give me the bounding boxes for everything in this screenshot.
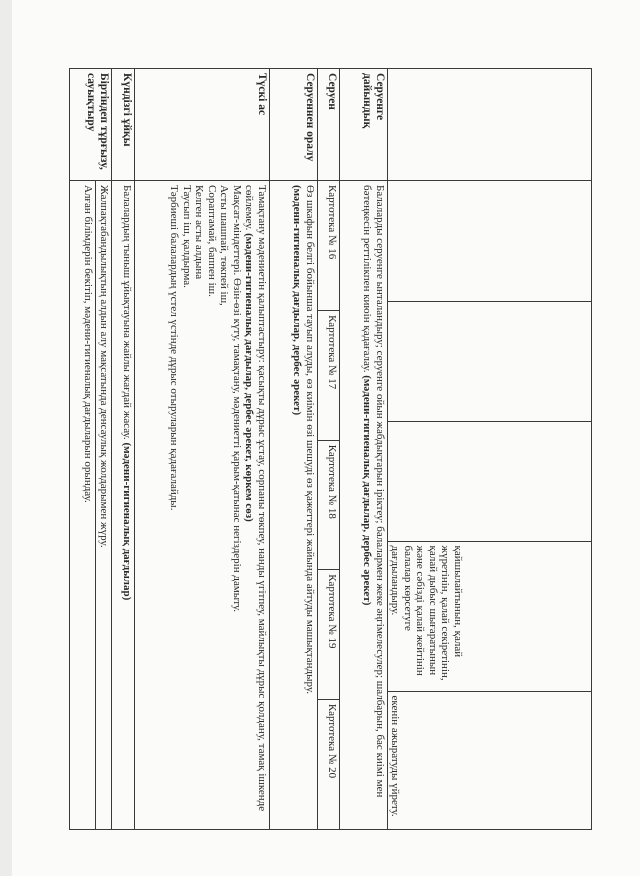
top-cell-4: қайшылайтынын, қалай жүретінін, қалай се…: [388, 541, 591, 691]
lunch-skills: (мәдени-гигиеналық дағдылар, дербес әрек…: [244, 233, 256, 522]
table-row-top: қайшылайтынын, қалай жүретінін, қалай се…: [388, 69, 592, 830]
walk-card: Картотека № 16: [318, 181, 339, 311]
top-cell-3: [388, 421, 591, 541]
walk-card: Картотека № 19: [318, 570, 339, 700]
row-content: Балалардың тыныш ұйықтауына жайлы жағдай…: [112, 181, 135, 830]
walk-card: Картотека № 20: [318, 699, 339, 829]
walk-card: Картотека № 18: [318, 440, 339, 570]
top-row-label-cell: [388, 69, 592, 181]
row-content: Балаларды серуенге ынталандыру; серуенге…: [340, 181, 388, 830]
nap-text: Балалардың тыныш ұйықтауына жайлы жағдай…: [121, 185, 133, 440]
poem-line: Асты шашпай, төкпей іш,: [218, 185, 231, 825]
row-label: Серуеннен оралу: [270, 69, 318, 181]
top-cell-1: [388, 181, 591, 301]
lunch-goals: Мақсат-міндеттері. Өзін-өзі күту, тамақт…: [231, 185, 244, 825]
wakeup-line-1: Жалпақтабандылықтың алдын алу мақсатында…: [96, 181, 112, 829]
prep-walk-skills: (мәдени-гигиеналық дағдылар, дербес әрек…: [362, 375, 374, 605]
table-row-lunch: Түскі ас Тамақтану мәдениетін қалыптасты…: [135, 69, 270, 830]
row-label: Түскі ас: [135, 69, 270, 181]
return-walk-skills: (мәдени-гигиеналық дағдылар, дербес әрек…: [292, 185, 304, 415]
walk-cards: Картотека № 16 Картотека № 17 Картотека …: [318, 181, 339, 829]
table-row-wakeup: Біртіндеп тұрғызу, сауықтыру Жалпақтабан…: [70, 69, 112, 830]
walk-card: Картотека № 17: [318, 311, 339, 441]
return-walk-text: Өз шкафын белгі бойынша тауып алуды, өз …: [304, 185, 317, 825]
table-row-nap: Күндізгі ұйқы Балалардың тыныш ұйықтауын…: [112, 69, 135, 830]
table-row-prep-walk: Серуенге дайындық Балаларды серуенге ынт…: [340, 69, 388, 830]
table-row-return-walk: Серуеннен оралу Өз шкафын белгі бойынша …: [270, 69, 318, 830]
poem-line: Келген асты алдына: [193, 185, 206, 825]
row-label: Серуен: [318, 69, 340, 181]
scan-edge: [0, 0, 12, 876]
poem-line: Сораптамай, баппен іш.: [206, 185, 219, 825]
row-content: Тамақтану мәдениетін қалыптастыру: қасық…: [135, 181, 270, 830]
table-row-walk: Серуен Картотека № 16 Картотека № 17 Кар…: [318, 69, 340, 830]
top-cell-5: екенін ажыратуды үйрету.: [388, 691, 591, 829]
row-label: Біртіндеп тұрғызу, сауықтыру: [70, 69, 112, 181]
top-row-columns: қайшылайтынын, қалай жүретінін, қалай се…: [388, 181, 591, 829]
nap-skills: (мәдени-гигиеналық дағдылар): [121, 442, 133, 600]
row-label: Серуенге дайындық: [340, 69, 388, 181]
daily-schedule-table: қайшылайтынын, қалай жүретінін, қалай се…: [69, 68, 592, 830]
row-content: Өз шкафын белгі бойынша тауып алуды, өз …: [270, 181, 318, 830]
poem-line: Таусып іш, қалдырма.: [181, 185, 194, 825]
lunch-supervision: Тәрбиеші балалардың үстел үстінде дұрыс …: [168, 185, 181, 825]
top-cell-2: [388, 301, 591, 421]
row-label: Күндізгі ұйқы: [112, 69, 135, 181]
rotated-page: қайшылайтынын, қалай жүретінін, қалай се…: [70, 68, 592, 830]
wakeup-line-2: Алған білімдерін бекітіп, мәдени-гигиена…: [81, 181, 96, 829]
